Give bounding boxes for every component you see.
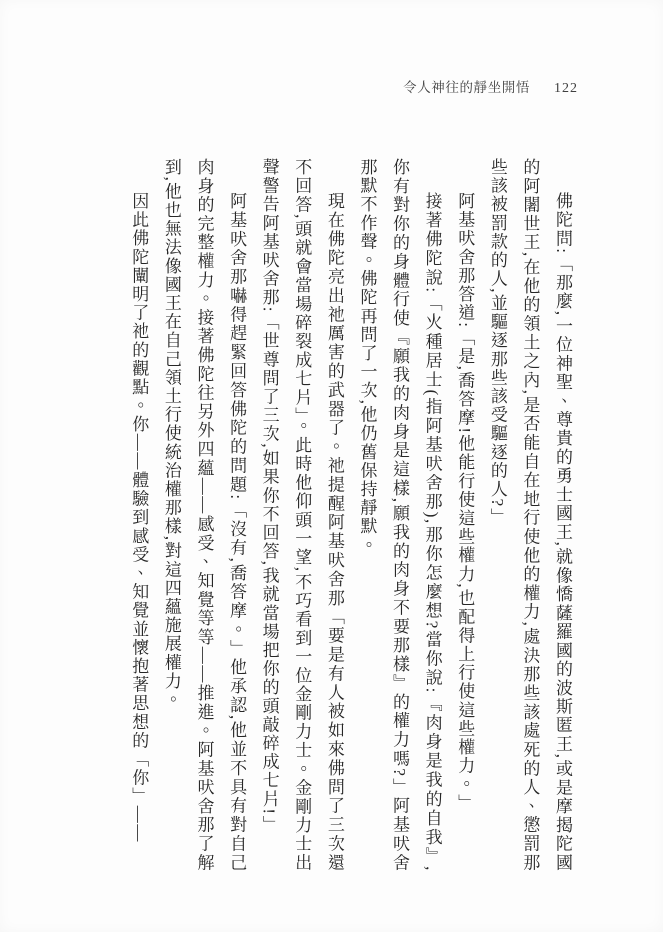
page-number: 122 [554,81,578,97]
paragraph: 阿基吠舍那答道:「是,喬答摩!他能行使這些權力,也配得上行使這些權力。」 [448,158,481,872]
paragraph: 接著佛陀說:「火種居士(指阿基吠舍那),那你怎麼想?當你說:『肉身是我的自我』,… [350,158,448,872]
running-head: 令人神往的靜坐開悟 122 [0,76,578,97]
book-title: 令人神往的靜坐開悟 [403,76,530,96]
paragraph: 佛陀問:「那麼,一位神聖、尊貴的勇士國王,就像憍薩羅國的波斯匿王,或是摩揭陀國的… [480,158,578,872]
paragraph: 現在佛陀亮出祂厲害的武器了。祂提醒阿基吠舍那「要是有人被如來佛問了三次還不回答,… [252,158,350,872]
body-text: 佛陀問:「那麼,一位神聖、尊貴的勇士國王,就像憍薩羅國的波斯匿王,或是摩揭陀國的… [89,158,578,872]
paragraph: 阿基吠舍那嚇得趕緊回答佛陀的問題:「沒有,喬答摩。」他承認,他並不具有對自己肉身… [154,158,252,872]
book-page: 令人神往的靜坐開悟 122 佛陀問:「那麼,一位神聖、尊貴的勇士國王,就像憍薩羅… [0,0,663,932]
paragraph: 因此佛陀闡明了祂的觀點。你——體驗到感受、知覺並懷抱著思想的「你」—— [122,158,155,872]
